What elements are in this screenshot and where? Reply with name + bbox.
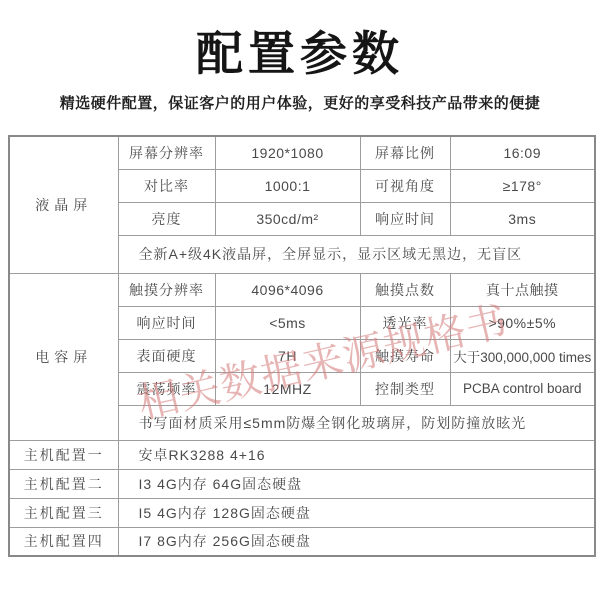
host-config-label: 主机配置二 bbox=[9, 469, 118, 498]
spec-value: 1920*1080 bbox=[215, 136, 360, 169]
spec-value: >90%±5% bbox=[450, 306, 595, 339]
host-config-value: I3 4G内存 64G固态硬盘 bbox=[118, 469, 595, 498]
host-config-value: I5 4G内存 128G固态硬盘 bbox=[118, 498, 595, 527]
spec-label: 对比率 bbox=[118, 169, 215, 202]
spec-label: 屏幕分辨率 bbox=[118, 136, 215, 169]
page-subtitle: 精选硬件配置，保证客户的用户体验，更好的享受科技产品带来的便捷 bbox=[0, 81, 600, 113]
spec-label: 屏幕比例 bbox=[360, 136, 450, 169]
page-title: 配置参数 bbox=[0, 0, 600, 81]
spec-label: 控制类型 bbox=[360, 372, 450, 405]
spec-value: 3ms bbox=[450, 202, 595, 235]
spec-label: 震荡频率 bbox=[118, 372, 215, 405]
touch-note: 书写面材质采用≤5mm防爆全钢化玻璃屏，防划防撞放眩光 bbox=[118, 405, 595, 440]
host-config-value: I7 8G内存 256G固态硬盘 bbox=[118, 527, 595, 556]
spec-label: 可视角度 bbox=[360, 169, 450, 202]
spec-sheet-page: 配置参数 精选硬件配置，保证客户的用户体验，更好的享受科技产品带来的便捷 液晶屏… bbox=[0, 0, 600, 600]
spec-value: 真十点触摸 bbox=[450, 273, 595, 306]
spec-value: 1000:1 bbox=[215, 169, 360, 202]
host-config-value: 安卓RK3288 4+16 bbox=[118, 440, 595, 469]
group-label-touch: 电容屏 bbox=[9, 273, 118, 440]
spec-label: 透光率 bbox=[360, 306, 450, 339]
spec-label: 触摸寿命 bbox=[360, 339, 450, 372]
spec-value: 12MHZ bbox=[215, 372, 360, 405]
host-config-label: 主机配置三 bbox=[9, 498, 118, 527]
spec-label: 触摸点数 bbox=[360, 273, 450, 306]
spec-table: 液晶屏 屏幕分辨率 1920*1080 屏幕比例 16:09 对比率 1000:… bbox=[8, 135, 596, 557]
host-config-label: 主机配置四 bbox=[9, 527, 118, 556]
table-row: 主机配置二 I3 4G内存 64G固态硬盘 bbox=[9, 469, 595, 498]
host-config-label: 主机配置一 bbox=[9, 440, 118, 469]
spec-value: 7H bbox=[215, 339, 360, 372]
table-row: 主机配置一 安卓RK3288 4+16 bbox=[9, 440, 595, 469]
table-row: 液晶屏 屏幕分辨率 1920*1080 屏幕比例 16:09 bbox=[9, 136, 595, 169]
spec-value: PCBA control board bbox=[450, 372, 595, 405]
spec-label: 表面硬度 bbox=[118, 339, 215, 372]
spec-value: 4096*4096 bbox=[215, 273, 360, 306]
table-row: 电容屏 触摸分辨率 4096*4096 触摸点数 真十点触摸 bbox=[9, 273, 595, 306]
spec-value: 16:09 bbox=[450, 136, 595, 169]
lcd-note: 全新A+级4K液晶屏，全屏显示，显示区域无黑边，无盲区 bbox=[118, 235, 595, 273]
spec-label: 响应时间 bbox=[118, 306, 215, 339]
spec-value: ≥178° bbox=[450, 169, 595, 202]
spec-value: 大于300,000,000 times bbox=[450, 339, 595, 372]
table-row: 主机配置三 I5 4G内存 128G固态硬盘 bbox=[9, 498, 595, 527]
spec-value: <5ms bbox=[215, 306, 360, 339]
spec-label: 触摸分辨率 bbox=[118, 273, 215, 306]
group-label-lcd: 液晶屏 bbox=[9, 136, 118, 273]
table-row: 主机配置四 I7 8G内存 256G固态硬盘 bbox=[9, 527, 595, 556]
spec-value: 350cd/m² bbox=[215, 202, 360, 235]
spec-label: 亮度 bbox=[118, 202, 215, 235]
spec-label: 响应时间 bbox=[360, 202, 450, 235]
